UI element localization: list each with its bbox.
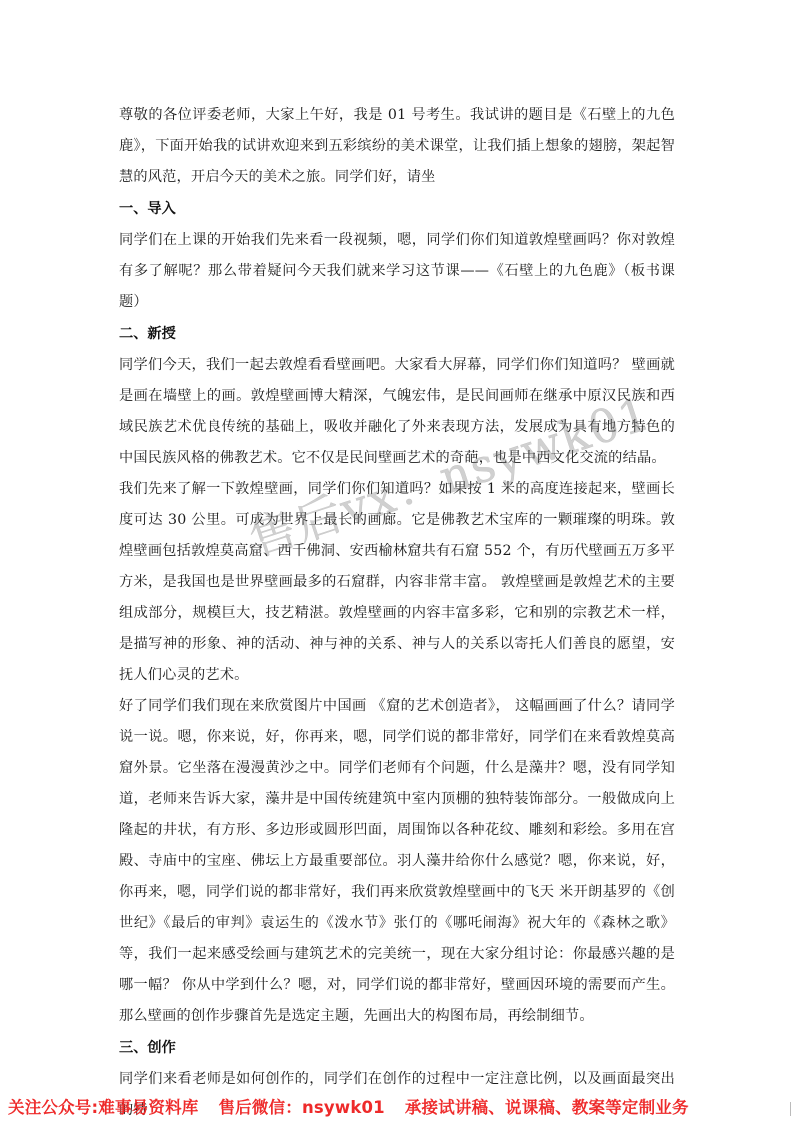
section-intro-paragraph: 同学们在上课的开始我们先来看一段视频，嗯，同学们你们知道敦煌壁画吗？你对敦煌有多… bbox=[119, 225, 675, 318]
section-heading-new-lesson: 二、新授 bbox=[119, 318, 675, 350]
page-edge-divider bbox=[790, 1102, 791, 1116]
new-lesson-paragraph-1: 同学们今天，我们一起去敦煌看看壁画吧。大家看大屏幕，同学们你们知道吗？ 壁画就是… bbox=[119, 350, 675, 474]
section-heading-creation: 三、创作 bbox=[119, 1032, 675, 1064]
document-body: 尊敬的各位评委老师，大家上午好，我是 01 号考生。我试讲的题目是《石壁上的九色… bbox=[119, 100, 675, 1122]
section-heading-intro: 一、导入 bbox=[119, 193, 675, 225]
footer-account-text: 关注公众号:难事易资料库 bbox=[8, 1098, 199, 1117]
new-lesson-paragraph-3: 好了同学们我们现在来欣赏图片中国画 《窟的艺术创造者》， 这幅画画了什么？请同学… bbox=[119, 691, 675, 1032]
document-page: 尊敬的各位评委老师，大家上午好，我是 01 号考生。我试讲的题目是《石壁上的九色… bbox=[0, 0, 793, 1122]
footer-service-text: 承接试讲稿、说课稿、教案等定制业务 bbox=[405, 1098, 689, 1117]
new-lesson-paragraph-2: 我们先来了解一下敦煌壁画，同学们你们知道吗？如果按 1 米的高度连接起来，壁画长… bbox=[119, 474, 675, 691]
intro-paragraph: 尊敬的各位评委老师，大家上午好，我是 01 号考生。我试讲的题目是《石壁上的九色… bbox=[119, 100, 675, 193]
promo-footer: 关注公众号:难事易资料库 售后微信：nsywk01 承接试讲稿、说课稿、教案等定… bbox=[8, 1094, 788, 1118]
footer-wechat-text: 售后微信：nsywk01 bbox=[218, 1098, 384, 1117]
